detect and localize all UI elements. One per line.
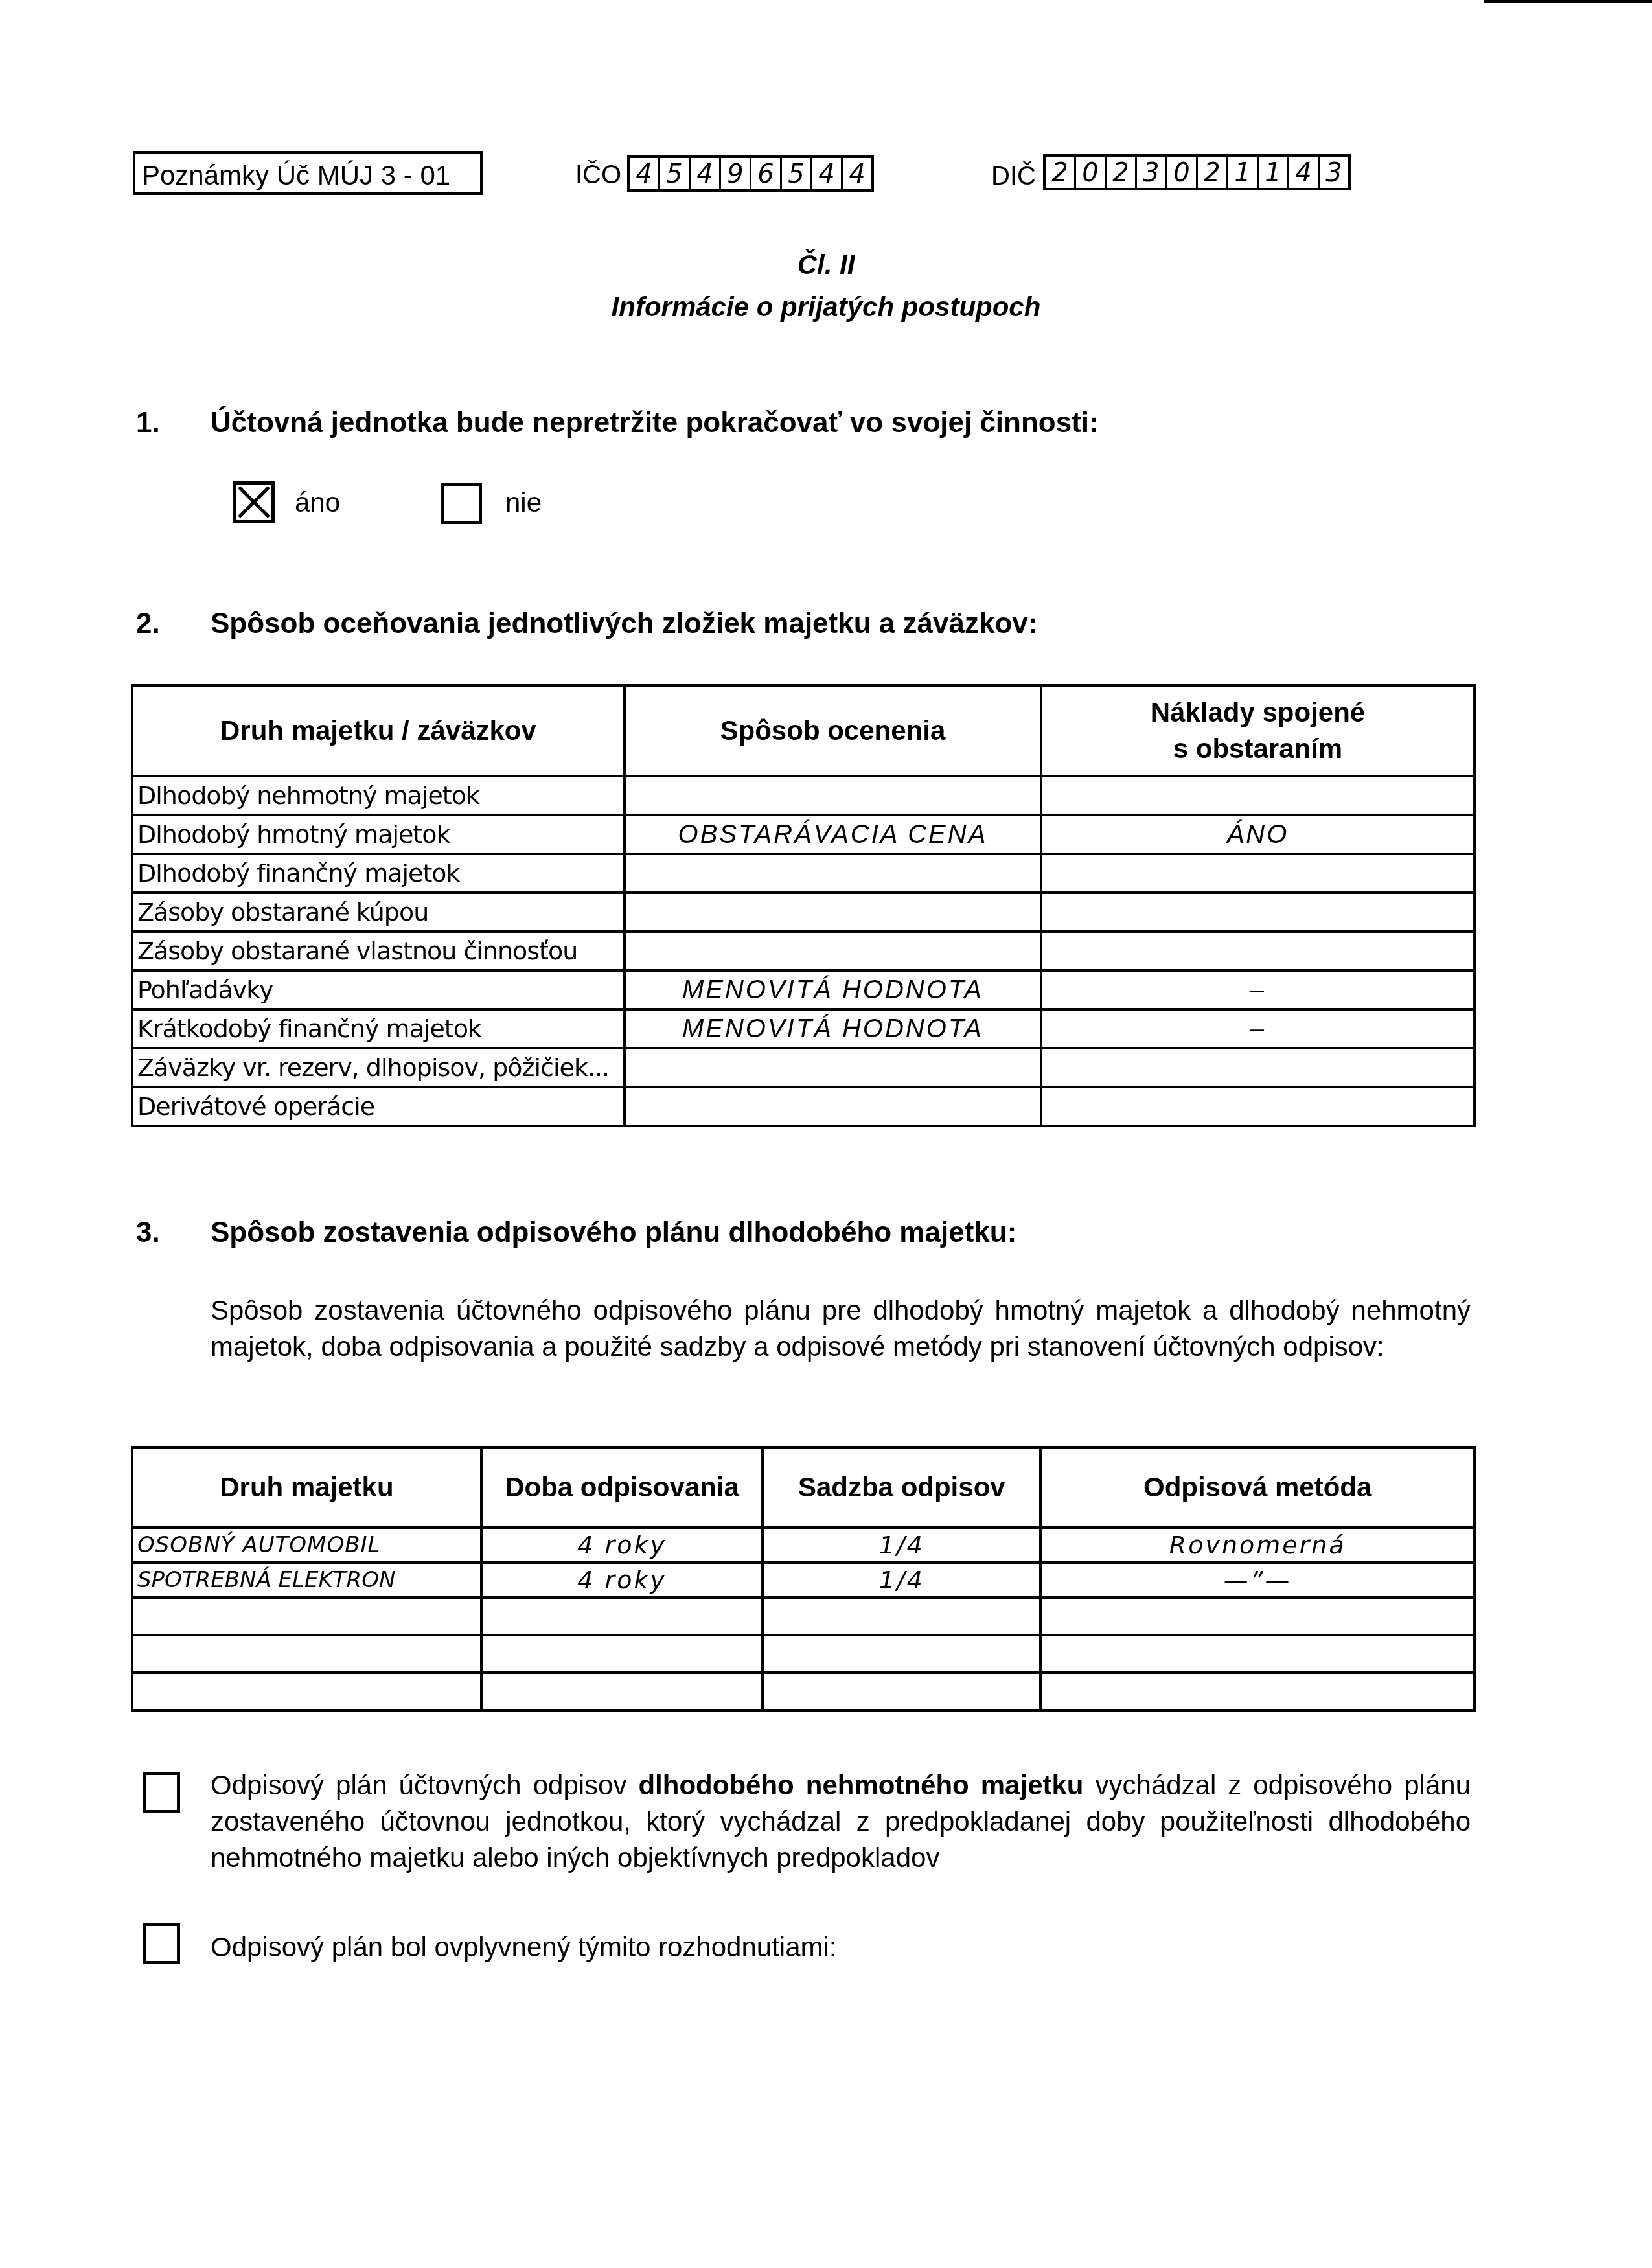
table-header-row: Druh majetku / záväzkov Spôsob ocenenia … — [132, 685, 1474, 776]
asset-type-cell[interactable] — [132, 1673, 481, 1710]
ico-digit: 6 — [751, 158, 782, 189]
section3-heading: Spôsob zostavenia odpisového plánu dlhod… — [211, 1217, 1016, 1249]
section3-paragraph: Spôsob zostavenia účtovného odpisového p… — [211, 1292, 1471, 1365]
table-row — [132, 1635, 1474, 1673]
asset-type-cell: Dlhodobý nehmotný majetok — [132, 776, 625, 815]
table-header-row: Druh majetku Doba odpisovania Sadzba odp… — [132, 1447, 1474, 1528]
table-row: OSOBNÝ AUTOMOBIL 4 roky 1/4 Rovnomerná — [132, 1528, 1474, 1563]
table-row: Záväzky vr. rezerv, dlhopisov, pôžičiek.… — [132, 1048, 1474, 1087]
acquisition-costs-cell[interactable] — [1041, 1048, 1474, 1087]
table-row: SPOTREBNÁ ELEKTRON 4 roky 1/4 —”— — [132, 1563, 1474, 1598]
intangible-plan-text: Odpisový plán účtovných odpisov dlhodobé… — [211, 1767, 1471, 1876]
dic-digit: 1 — [1259, 157, 1289, 188]
dic-digit: 2 — [1107, 157, 1137, 188]
intangible-plan-checkbox[interactable] — [143, 1772, 180, 1813]
dic-digit: 0 — [1076, 157, 1107, 188]
section3-number: 3. — [136, 1217, 160, 1249]
asset-type-cell: Dlhodobý hmotný majetok — [132, 815, 625, 854]
depreciation-period-cell[interactable] — [481, 1673, 763, 1710]
acquisition-costs-cell[interactable]: – — [1041, 970, 1474, 1009]
asset-type-cell: Dlhodobý finančný majetok — [132, 854, 625, 893]
table-row: Dlhodobý hmotný majetok OBSTARÁVACIA CEN… — [132, 815, 1474, 854]
dic-digit: 2 — [1046, 157, 1076, 188]
depreciation-period-cell[interactable] — [481, 1635, 763, 1673]
asset-type-cell: Derivátové operácie — [132, 1087, 625, 1126]
acquisition-costs-cell[interactable]: – — [1041, 1009, 1474, 1048]
asset-type-cell: Zásoby obstarané kúpou — [132, 893, 625, 932]
ico-digit: 5 — [782, 158, 812, 189]
depreciation-method-cell[interactable] — [1040, 1635, 1474, 1673]
dic-digit: 2 — [1198, 157, 1228, 188]
checkmark-x-icon — [236, 485, 271, 520]
valuation-method-cell[interactable] — [625, 1048, 1041, 1087]
depreciation-period-cell[interactable] — [481, 1598, 763, 1635]
asset-type-cell: Pohľadávky — [132, 970, 625, 1009]
column-header: Doba odpisovania — [481, 1447, 763, 1528]
asset-type-cell: Záväzky vr. rezerv, dlhopisov, pôžičiek.… — [132, 1048, 625, 1087]
acquisition-costs-cell[interactable] — [1041, 1087, 1474, 1126]
dic-digit: 4 — [1289, 157, 1320, 188]
ico-digit: 4 — [843, 158, 871, 189]
depreciation-rate-cell[interactable]: 1/4 — [763, 1563, 1040, 1598]
ico-digit: 9 — [721, 158, 751, 189]
page-edge-line — [1484, 0, 1652, 3]
form-label-box: Poznámky Úč MÚJ 3 - 01 — [133, 151, 483, 195]
table-row — [132, 1598, 1474, 1635]
valuation-method-cell[interactable]: MENOVITÁ HODNOTA — [625, 1009, 1041, 1048]
column-header: Druh majetku — [132, 1447, 481, 1528]
acquisition-costs-cell[interactable] — [1041, 776, 1474, 815]
acquisition-costs-cell[interactable]: ÁNO — [1041, 815, 1474, 854]
valuation-method-cell[interactable] — [625, 1087, 1041, 1126]
table-row: Zásoby obstarané vlastnou činnosťou — [132, 932, 1474, 970]
table-row: Krátkodobý finančný majetok MENOVITÁ HOD… — [132, 1009, 1474, 1048]
dic-field[interactable]: 2 0 2 3 0 2 1 1 4 3 — [1043, 154, 1351, 190]
table-row — [132, 1673, 1474, 1710]
ano-checkbox[interactable] — [233, 481, 275, 523]
depreciation-rate-cell[interactable] — [763, 1635, 1040, 1673]
valuation-method-cell[interactable] — [625, 854, 1041, 893]
ico-digit: 5 — [660, 158, 691, 189]
valuation-method-cell[interactable] — [625, 776, 1041, 815]
dic-digit: 3 — [1320, 157, 1348, 188]
nie-label: nie — [505, 487, 542, 518]
asset-type-cell: Zásoby obstarané vlastnou činnosťou — [132, 932, 625, 970]
valuation-method-cell[interactable]: MENOVITÁ HODNOTA — [625, 970, 1041, 1009]
depreciation-method-cell[interactable] — [1040, 1598, 1474, 1635]
table-row: Pohľadávky MENOVITÁ HODNOTA – — [132, 970, 1474, 1009]
section2-number: 2. — [136, 608, 160, 640]
table-row: Dlhodobý nehmotný majetok — [132, 776, 1474, 815]
depreciation-rate-cell[interactable]: 1/4 — [763, 1528, 1040, 1563]
ico-label: IČO — [575, 155, 621, 194]
valuation-method-cell[interactable]: OBSTARÁVACIA CENA — [625, 815, 1041, 854]
valuation-table: Druh majetku / záväzkov Spôsob ocenenia … — [131, 684, 1476, 1127]
depreciation-method-cell[interactable] — [1040, 1673, 1474, 1710]
depreciation-table: Druh majetku Doba odpisovania Sadzba odp… — [131, 1446, 1476, 1712]
depreciation-period-cell[interactable]: 4 roky — [481, 1563, 763, 1598]
decisions-checkbox[interactable] — [143, 1923, 180, 1964]
ico-digit: 4 — [691, 158, 721, 189]
depreciation-rate-cell[interactable] — [763, 1598, 1040, 1635]
acquisition-costs-cell[interactable] — [1041, 893, 1474, 932]
asset-type-cell[interactable] — [132, 1598, 481, 1635]
dic-label: DIČ — [991, 157, 1036, 196]
ano-label: áno — [295, 487, 340, 518]
valuation-method-cell[interactable] — [625, 932, 1041, 970]
asset-type-cell: Krátkodobý finančný majetok — [132, 1009, 625, 1048]
asset-type-cell[interactable] — [132, 1635, 481, 1673]
depreciation-rate-cell[interactable] — [763, 1673, 1040, 1710]
ico-digit: 4 — [630, 158, 660, 189]
ico-digit: 4 — [812, 158, 843, 189]
section1-heading: Účtovná jednotka bude nepretržite pokrač… — [211, 407, 1099, 439]
article-title: Čl. II — [0, 249, 1652, 281]
column-header: Druh majetku / záväzkov — [132, 685, 625, 776]
column-header: Odpisová metóda — [1040, 1447, 1474, 1528]
ico-field[interactable]: 4 5 4 9 6 5 4 4 — [627, 155, 874, 192]
depreciation-method-cell[interactable]: —”— — [1040, 1563, 1474, 1598]
decisions-text: Odpisový plán bol ovplyvnený týmito rozh… — [211, 1929, 837, 1965]
table-row: Derivátové operácie — [132, 1087, 1474, 1126]
depreciation-period-cell[interactable]: 4 roky — [481, 1528, 763, 1563]
article-subtitle: Informácie o prijatých postupoch — [0, 292, 1652, 323]
dic-digit: 0 — [1167, 157, 1198, 188]
asset-type-cell[interactable]: OSOBNÝ AUTOMOBIL — [132, 1528, 481, 1563]
dic-digit: 3 — [1137, 157, 1167, 188]
dic-digit: 1 — [1228, 157, 1259, 188]
acquisition-costs-cell[interactable] — [1041, 932, 1474, 970]
table-row: Dlhodobý finančný majetok — [132, 854, 1474, 893]
column-header: Náklady spojené s obstaraním — [1041, 685, 1474, 776]
nie-checkbox[interactable] — [441, 483, 482, 524]
column-header: Spôsob ocenenia — [625, 685, 1041, 776]
asset-type-cell[interactable]: SPOTREBNÁ ELEKTRON — [132, 1563, 481, 1598]
acquisition-costs-cell[interactable] — [1041, 854, 1474, 893]
section1-number: 1. — [136, 407, 160, 439]
table-row: Zásoby obstarané kúpou — [132, 893, 1474, 932]
depreciation-method-cell[interactable]: Rovnomerná — [1040, 1528, 1474, 1563]
valuation-method-cell[interactable] — [625, 893, 1041, 932]
column-header: Sadzba odpisov — [763, 1447, 1040, 1528]
section2-heading: Spôsob oceňovania jednotlivých zložiek m… — [211, 608, 1037, 640]
